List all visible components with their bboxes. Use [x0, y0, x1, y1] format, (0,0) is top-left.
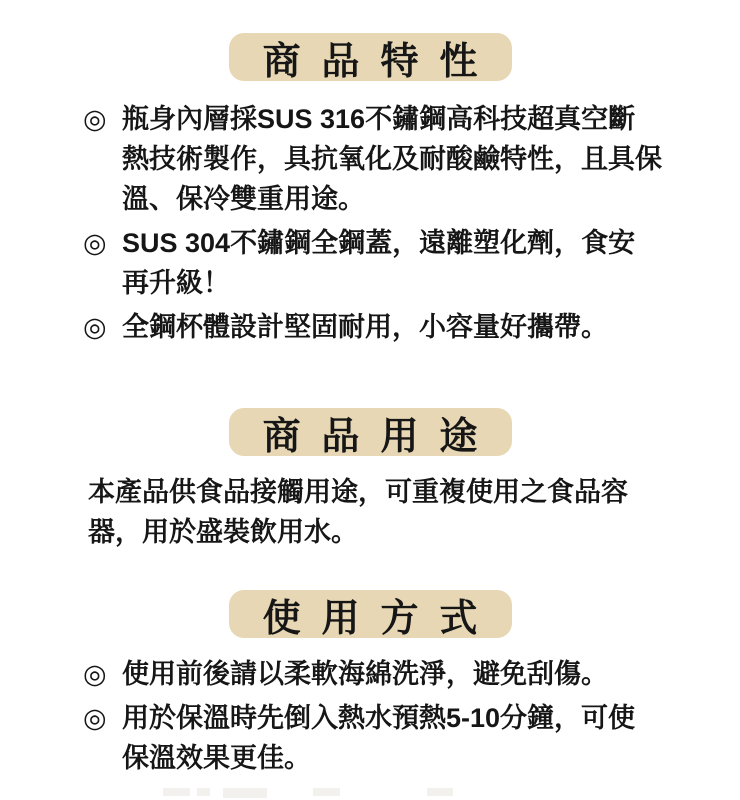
cropped-glyph-artifact — [197, 788, 210, 796]
bullseye-bullet-icon: ◎ — [83, 654, 122, 694]
instruction-item: ◎ 使用前後請以柔軟海綿洗淨，避免刮傷。 — [83, 654, 665, 694]
bullseye-bullet-icon: ◎ — [83, 99, 122, 219]
instruction-item-text: 使用前後請以柔軟海綿洗淨，避免刮傷。 — [122, 654, 662, 694]
cropped-glyph-artifact — [313, 788, 340, 796]
instructions-list: ◎ 使用前後請以柔軟海綿洗淨，避免刮傷。 ◎ 用於保溫時先倒入熱水預熱5-10分… — [83, 654, 665, 778]
feature-item: ◎ 全鋼杯體設計堅固耐用，小容量好攜帶。 — [83, 307, 665, 347]
section-header-usage: 商品用途 — [229, 408, 512, 456]
cropped-glyph-artifact — [223, 788, 267, 798]
section-header-features: 商品特性 — [229, 33, 512, 81]
section-title-features: 商品特性 — [263, 30, 499, 85]
section-usage: 商品用途 本產品供食品接觸用途，可重複使用之食品容器，用於盛裝飲用水。 — [0, 408, 740, 552]
instruction-item: ◎ 用於保溫時先倒入熱水預熱5-10分鐘，可使保溫效果更佳。 — [83, 698, 665, 778]
instruction-item-text: 用於保溫時先倒入熱水預熱5-10分鐘，可使保溫效果更佳。 — [122, 698, 662, 778]
section-title-usage: 商品用途 — [263, 405, 499, 460]
cropped-next-row-artifact — [0, 788, 740, 798]
cropped-glyph-artifact — [427, 788, 453, 796]
bullseye-bullet-icon: ◎ — [83, 223, 122, 303]
section-instructions: 使用方式 ◎ 使用前後請以柔軟海綿洗淨，避免刮傷。 ◎ 用於保溫時先倒入熱水預熱… — [0, 590, 740, 778]
section-features: 商品特性 ◎ 瓶身內層採SUS 316不鏽鋼高科技超真空斷熱技術製作，具抗氧化及… — [0, 33, 740, 347]
section-title-instructions: 使用方式 — [263, 587, 499, 642]
feature-item-text: 全鋼杯體設計堅固耐用，小容量好攜帶。 — [122, 307, 662, 347]
feature-item: ◎ 瓶身內層採SUS 316不鏽鋼高科技超真空斷熱技術製作，具抗氧化及耐酸鹼特性… — [83, 99, 665, 219]
section-header-instructions: 使用方式 — [229, 590, 512, 638]
usage-paragraph: 本產品供食品接觸用途，可重複使用之食品容器，用於盛裝飲用水。 — [88, 472, 652, 552]
bullseye-bullet-icon: ◎ — [83, 307, 122, 347]
feature-item: ◎ SUS 304不鏽鋼全鋼蓋，遠離塑化劑，食安再升級！ — [83, 223, 665, 303]
features-list: ◎ 瓶身內層採SUS 316不鏽鋼高科技超真空斷熱技術製作，具抗氧化及耐酸鹼特性… — [83, 99, 665, 347]
feature-item-text: SUS 304不鏽鋼全鋼蓋，遠離塑化劑，食安再升級！ — [122, 223, 662, 303]
cropped-glyph-artifact — [163, 788, 190, 796]
product-description-page: 商品特性 ◎ 瓶身內層採SUS 316不鏽鋼高科技超真空斷熱技術製作，具抗氧化及… — [0, 0, 740, 778]
bullseye-bullet-icon: ◎ — [83, 698, 122, 778]
feature-item-text: 瓶身內層採SUS 316不鏽鋼高科技超真空斷熱技術製作，具抗氧化及耐酸鹼特性，且… — [122, 99, 662, 219]
